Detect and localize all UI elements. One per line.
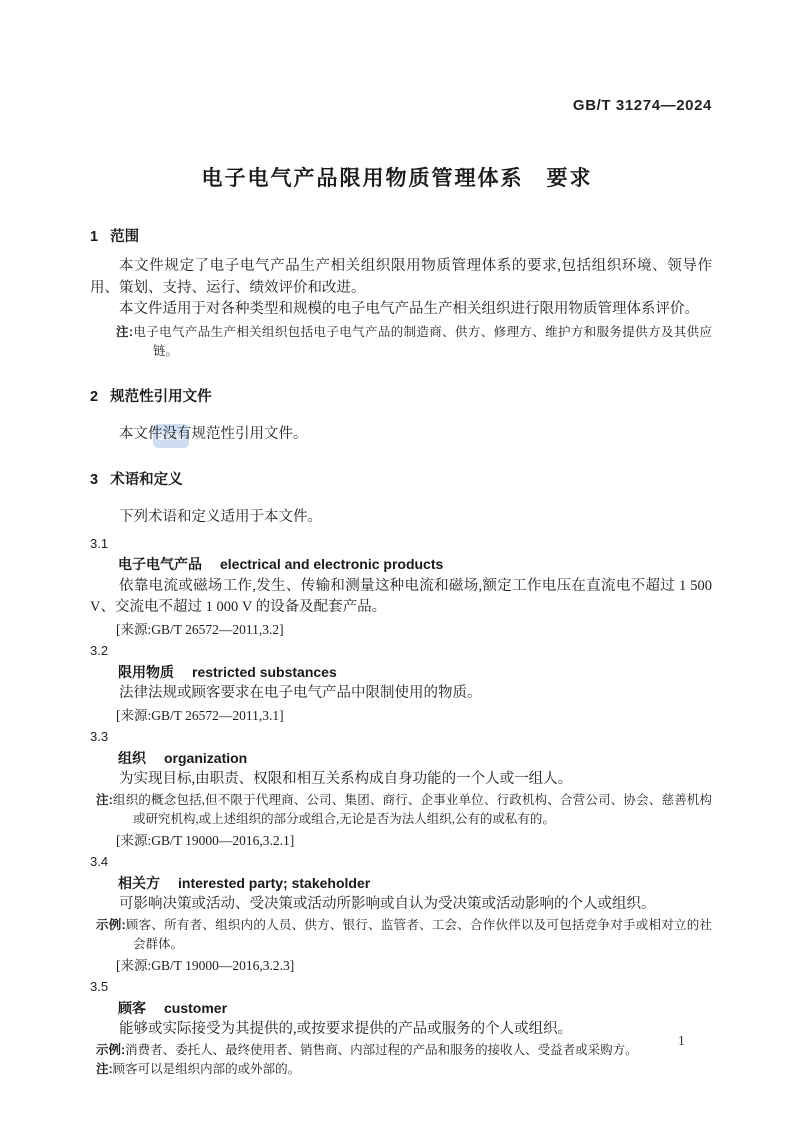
term-number: 3.3 — [90, 726, 712, 748]
term-name: 顾客customer — [118, 998, 712, 1020]
term-number: 3.1 — [90, 533, 712, 555]
term-name: 电子电气产品electrical and electronic products — [118, 554, 712, 576]
note-text: 组织的概念包括,但不限于代理商、公司、集团、商行、企事业单位、行政机构、合营公司… — [113, 793, 712, 827]
term-source: [来源:GB/T 19000—2016,3.2.1] — [116, 830, 712, 852]
term-3-4: 3.4 相关方interested party; stakeholder 可影响… — [90, 851, 712, 976]
example-label: 示例: — [96, 1043, 125, 1057]
note-label: 注: — [96, 1062, 113, 1076]
clause-1-paragraph-1: 本文件规定了电子电气产品生产相关组织限用物质管理体系的要求,包括组织环境、领导作… — [90, 256, 712, 299]
term-name-en: electrical and electronic products — [220, 556, 443, 572]
term-name-en: customer — [164, 1000, 227, 1016]
term-name: 相关方interested party; stakeholder — [118, 873, 712, 895]
clause-2-number: 2 — [90, 386, 98, 408]
term-3-1: 3.1 电子电气产品electrical and electronic prod… — [90, 533, 712, 641]
document-page: GB/T 31274—2024 电子电气产品限用物质管理体系 要求 SAC 1范… — [0, 0, 794, 1123]
document-title: 电子电气产品限用物质管理体系 要求 — [0, 162, 794, 192]
note-text: 顾客可以是组织内部的或外部的。 — [113, 1062, 301, 1076]
term-definition: 能够或实际接受为其提供的,或按要求提供的产品或服务的个人或组织。 — [90, 1019, 712, 1041]
clause-1-note: 注:电子电气产品生产相关组织包括电子电气产品的制造商、供方、修理方、维护方和服务… — [116, 323, 712, 362]
term-number: 3.2 — [90, 640, 712, 662]
term-definition: 可影响决策或活动、受决策或活动所影响或自认为受决策或活动影响的个人或组织。 — [90, 894, 712, 916]
clause-3-title: 术语和定义 — [110, 472, 183, 488]
clause-1-heading: 1范围 — [90, 226, 712, 248]
term-name-en: restricted substances — [192, 664, 337, 680]
term-name-en: interested party; stakeholder — [178, 875, 370, 891]
term-note: 注:顾客可以是组织内部的或外部的。 — [96, 1060, 712, 1080]
term-definition: 依靠电流或磁场工作,发生、传输和测量这种电流和磁场,额定工作电压在直流电不超过 … — [90, 576, 712, 619]
clause-1-paragraph-2: 本文件适用于对各种类型和规模的电子电气产品生产相关组织进行限用物质管理体系评价。 — [90, 299, 712, 321]
term-number: 3.4 — [90, 851, 712, 873]
note-label: 注: — [116, 325, 133, 339]
clause-3-number: 3 — [90, 469, 98, 491]
page-number: 1 — [678, 1033, 685, 1049]
term-name-zh: 相关方 — [118, 875, 160, 891]
clause-2-heading: 2规范性引用文件 — [90, 386, 712, 408]
example-text: 消费者、委托人、最终使用者、销售商、内部过程的产品和服务的接收人、受益者或采购方… — [125, 1043, 638, 1057]
term-definition: 法律法规或顾客要求在电子电气产品中限制使用的物质。 — [90, 683, 712, 705]
term-name-zh: 组织 — [118, 750, 146, 766]
term-source: [来源:GB/T 26572—2011,3.1] — [116, 705, 712, 727]
clause-2-paragraph-1: 本文件没有规范性引用文件。 — [90, 424, 712, 446]
example-label: 示例: — [96, 918, 126, 932]
term-name-zh: 电子电气产品 — [118, 556, 202, 572]
example-text: 顾客、所有者、组织内的人员、供方、银行、监管者、工会、合作伙伴以及可包括竞争对手… — [126, 918, 712, 952]
term-source: [来源:GB/T 26572—2011,3.2] — [116, 619, 712, 641]
term-example: 示例:消费者、委托人、最终使用者、销售商、内部过程的产品和服务的接收人、受益者或… — [96, 1041, 712, 1061]
clause-1-title: 范围 — [110, 229, 139, 245]
term-definition: 为实现目标,由职责、权限和相互关系构成自身功能的一个人或一组人。 — [90, 769, 712, 791]
term-source: [来源:GB/T 19000—2016,3.2.3] — [116, 955, 712, 977]
term-3-2: 3.2 限用物质restricted substances 法律法规或顾客要求在… — [90, 640, 712, 726]
doc-code: GB/T 31274—2024 — [573, 97, 712, 114]
term-example: 示例:顾客、所有者、组织内的人员、供方、银行、监管者、工会、合作伙伴以及可包括竞… — [96, 916, 712, 955]
clause-1-number: 1 — [90, 226, 98, 248]
note-text: 电子电气产品生产相关组织包括电子电气产品的制造商、供方、修理方、维护方和服务提供… — [133, 325, 712, 359]
document-body: 1范围 本文件规定了电子电气产品生产相关组织限用物质管理体系的要求,包括组织环境… — [90, 226, 712, 1080]
clause-3-heading: 3术语和定义 — [90, 469, 712, 491]
term-3-3: 3.3 组织organization 为实现目标,由职责、权限和相互关系构成自身… — [90, 726, 712, 851]
note-label: 注: — [96, 793, 113, 807]
term-name-en: organization — [164, 750, 247, 766]
term-3-5: 3.5 顾客customer 能够或实际接受为其提供的,或按要求提供的产品或服务… — [90, 976, 712, 1080]
term-name-zh: 限用物质 — [118, 664, 174, 680]
clause-3-intro: 下列术语和定义适用于本文件。 — [90, 507, 712, 529]
term-note: 注:组织的概念包括,但不限于代理商、公司、集团、商行、企事业单位、行政机构、合营… — [96, 791, 712, 830]
term-name: 限用物质restricted substances — [118, 662, 712, 684]
term-number: 3.5 — [90, 976, 712, 998]
term-name-zh: 顾客 — [118, 1000, 146, 1016]
term-name: 组织organization — [118, 748, 712, 770]
clause-2-title: 规范性引用文件 — [110, 389, 212, 405]
